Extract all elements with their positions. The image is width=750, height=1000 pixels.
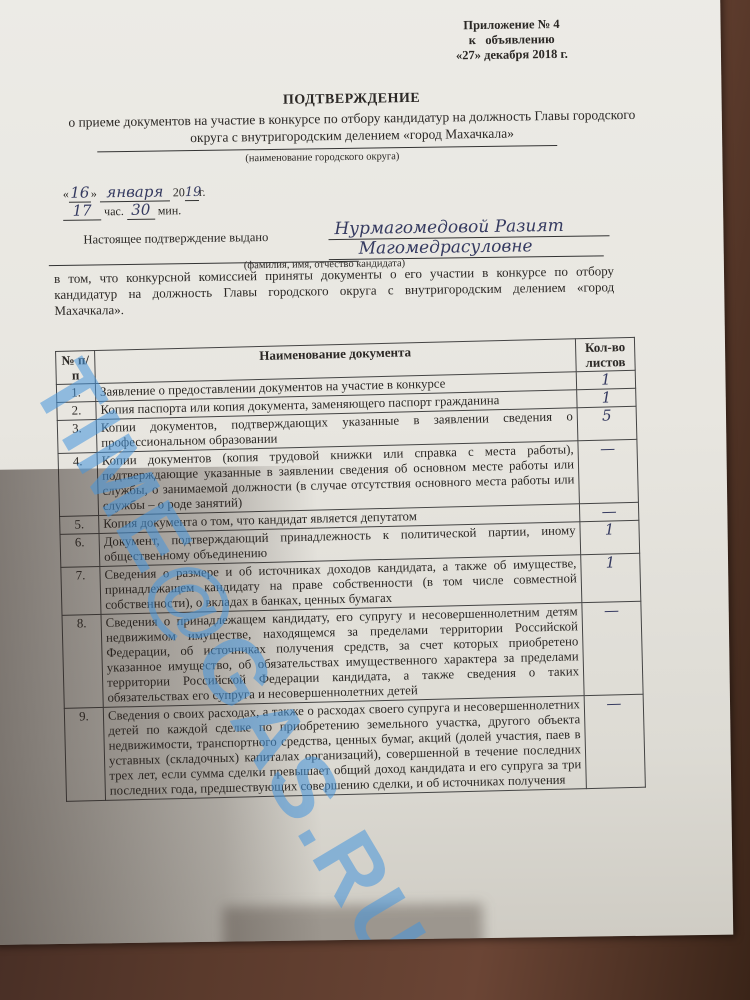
date-month: января — [100, 182, 170, 202]
row-sheet-count: — — [582, 601, 643, 695]
row-sheet-count: 1 — [581, 553, 641, 602]
row-sheet-count: 5 — [577, 406, 637, 440]
appendix-ref: к объявлению — [456, 32, 568, 49]
documents-table: № п/п Наименование документа Кол-во лист… — [55, 337, 646, 802]
row-number: 2. — [57, 402, 96, 421]
document-body: Приложение № 4 к объявлению «27» декабря… — [60, 1, 640, 9]
row-number: 4. — [58, 452, 99, 516]
appendix-header: Приложение № 4 к объявлению «27» декабря… — [455, 17, 567, 64]
row-number: 8. — [62, 614, 103, 708]
date-year-suffix: 19 — [185, 185, 199, 201]
row-document-name: Сведения о принадлежащем кандидату, его … — [101, 603, 584, 708]
title-subtitle: о приеме документов на участие в конкурс… — [62, 106, 642, 148]
row-number: 7. — [61, 566, 101, 615]
date-year-prefix: 20 — [173, 185, 185, 199]
time-minute: 30 — [127, 201, 155, 220]
hour-label: час. — [104, 204, 124, 218]
row-number: 1. — [56, 384, 95, 403]
row-number: 5. — [60, 515, 99, 534]
header-count: Кол-во листов — [575, 337, 635, 371]
intro-paragraph: в том, что конкурсной комиссией приняты … — [54, 263, 615, 319]
time-row: 17 час. 30 мин. — [63, 200, 181, 221]
date-day: 16 — [69, 183, 91, 202]
appendix-number: Приложение № 4 — [455, 17, 567, 34]
date-row: «16» января 2019г. — [63, 182, 206, 203]
table-row: 9.Сведения о своих расходах, а также о р… — [64, 694, 645, 801]
time-hour: 17 — [63, 201, 101, 221]
appendix-date: «27» декабря 2018 г. — [456, 47, 568, 64]
row-sheet-count: 1 — [577, 388, 636, 407]
row-number: 6. — [60, 533, 100, 567]
issued-section: Настоящее подтверждение выдано Нурмагоме… — [63, 219, 623, 227]
header-num: № п/п — [56, 351, 96, 385]
candidate-name-line2: Магомедрасуловне — [329, 235, 604, 260]
minute-label: мин. — [158, 203, 182, 217]
row-document-name: Копии документов (копия трудовой книжки … — [97, 441, 579, 516]
document-page: Приложение № 4 к объявлению «27» декабря… — [0, 0, 733, 945]
row-sheet-count: — — [578, 439, 639, 503]
row-number: 3. — [57, 420, 97, 454]
row-document-name: Сведения о своих расходах, а также о рас… — [103, 696, 586, 801]
row-sheet-count: 1 — [580, 520, 640, 554]
shadow — [223, 903, 484, 945]
row-sheet-count: — — [579, 502, 638, 521]
row-number: 9. — [64, 707, 105, 801]
table-row: 8.Сведения о принадлежащем кандидату, ег… — [62, 601, 643, 708]
date-year-unit: г. — [199, 185, 206, 199]
issued-label: Настоящее подтверждение выдано — [83, 230, 268, 248]
row-sheet-count: 1 — [576, 370, 635, 389]
row-sheet-count: — — [584, 694, 645, 788]
document-title: ПОДТВЕРЖДЕНИЕ о приеме документов на уча… — [61, 88, 642, 148]
